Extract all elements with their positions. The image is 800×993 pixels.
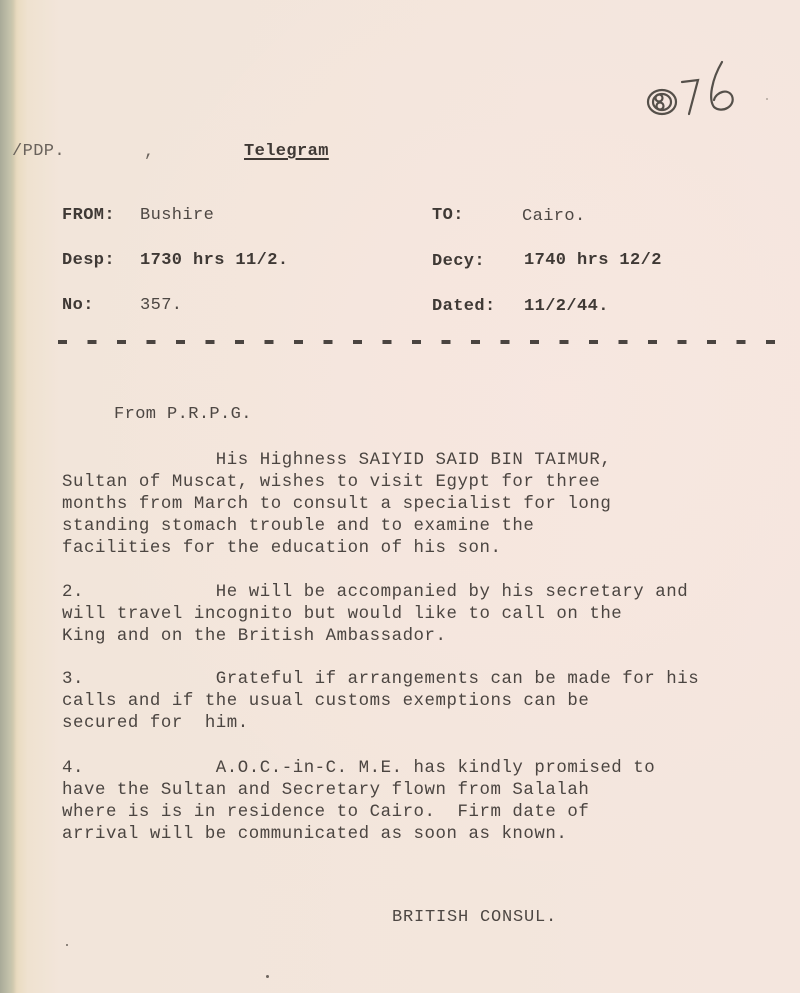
document-title: Telegram — [244, 141, 329, 163]
paragraph-line: King and on the British Ambassador. — [62, 626, 447, 649]
paragraph-line: Sultan of Muscat, wishes to visit Egypt … — [62, 472, 600, 495]
paragraph-line: standing stomach trouble and to examine … — [62, 516, 534, 539]
signature: BRITISH CONSUL. — [392, 907, 557, 929]
paper-speck — [66, 944, 68, 946]
separator-line — [58, 340, 778, 344]
to-value: Cairo. — [522, 206, 586, 228]
paragraph-line: where is is in residence to Cairo. Firm … — [62, 802, 589, 825]
to-label: TO: — [432, 205, 464, 227]
paragraph-line: 4. A.O.C.-in-C. M.E. has kindly promised… — [62, 758, 655, 781]
paragraph-line: have the Sultan and Secretary flown from… — [62, 780, 589, 803]
paragraph-line: will travel incognito but would like to … — [62, 604, 622, 627]
paragraph-line: facilities for the education of his son. — [62, 538, 501, 561]
dated-label: Dated: — [432, 296, 496, 318]
paper-speck — [266, 975, 269, 978]
desp-label: Desp: — [62, 250, 115, 272]
reference-code: /PDP. — [12, 141, 65, 163]
desp-value: 1730 hrs 11/2. — [140, 250, 288, 272]
paragraph-line: months from March to consult a specialis… — [62, 494, 611, 517]
paragraph-line: 2. He will be accompanied by his secreta… — [62, 582, 688, 605]
number-label: No: — [62, 295, 94, 317]
folio-annotation-icon — [642, 44, 752, 124]
telegram-page: /PDP. , Telegram FROM: Bushire Desp: 173… — [0, 0, 800, 993]
number-value: 357. — [140, 295, 182, 317]
paragraph-line: 3. Grateful if arrangements can be made … — [62, 669, 699, 692]
stray-mark: , — [144, 142, 155, 164]
paragraph-line: secured for him. — [62, 713, 249, 736]
decy-label: Decy: — [432, 251, 485, 273]
decy-value: 1740 hrs 12/2 — [524, 250, 662, 272]
paper-speck — [766, 98, 768, 100]
paragraph-line: calls and if the usual customs exemption… — [62, 691, 589, 714]
from-label: FROM: — [62, 205, 115, 227]
from-origin-line: From P.R.P.G. — [114, 404, 252, 426]
paragraph-line: His Highness SAIYID SAID BIN TAIMUR, — [62, 450, 611, 473]
dated-value: 11/2/44. — [524, 296, 609, 318]
paragraph-line: arrival will be communicated as soon as … — [62, 824, 567, 847]
from-value: Bushire — [140, 205, 214, 227]
